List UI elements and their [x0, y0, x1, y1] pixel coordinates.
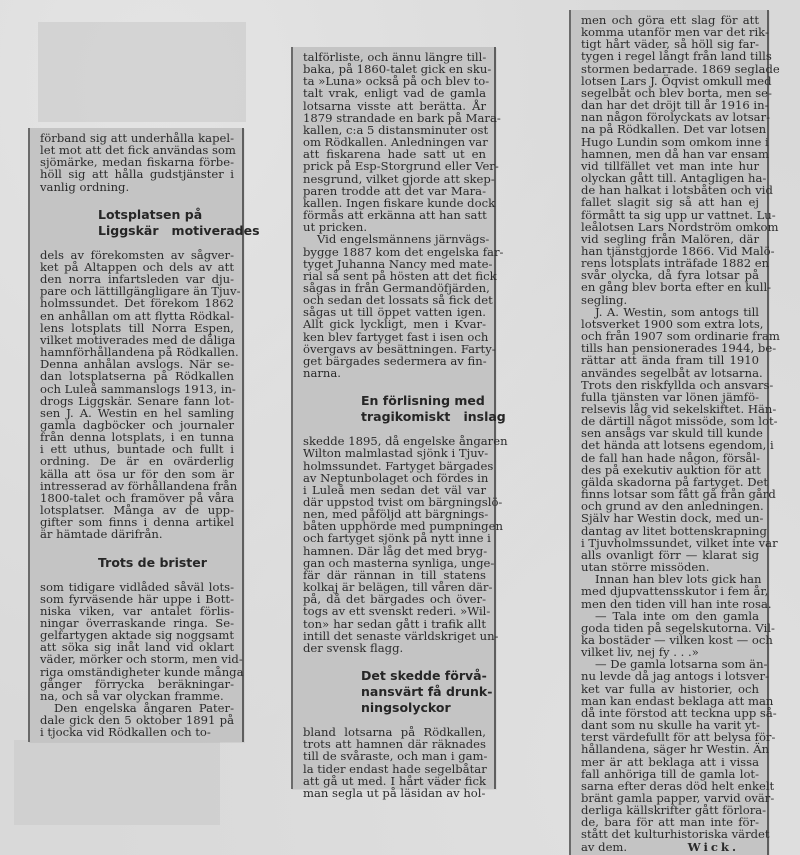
text-line: användes segelbåt av lotsarna.	[581, 367, 759, 379]
article-paragraph: Den engelska ångaren Pater-dale gick den…	[40, 702, 234, 738]
text-line: holmssundet. Fartyget bärgades	[303, 460, 486, 472]
text-line: na på Rödkallen. Det var lotsen	[581, 123, 759, 135]
text-line: ken blev fartyget fast i isen och	[303, 331, 486, 343]
section-heading: Trots de brister	[40, 555, 234, 571]
heading-line: Trots de brister	[98, 555, 234, 571]
article-paragraph: bland lotsarna på Rödkallen,trots att ha…	[303, 726, 486, 799]
text-line: riga omständigheter kunde många	[40, 666, 234, 678]
text-line: der svensk flagg.	[303, 642, 486, 654]
heading-line: ningsolyckor	[361, 700, 486, 716]
text-line: Wilton malmlastad sjönk i Tjuv-	[303, 447, 486, 459]
article-paragraph: — De gamla lotsarna som än-nu levde då j…	[581, 658, 759, 853]
heading-line: En förlisning med	[361, 393, 486, 409]
text-line: de fall han hade någon, försål-	[581, 452, 759, 464]
clipping-column-3: men och göra ett slag för attkomma utanf…	[569, 10, 769, 855]
text-line: är hämtade därifrån.	[40, 528, 234, 540]
article-paragraph: skedde 1895, då engelske ångarenWilton m…	[303, 435, 486, 654]
text-line: vanlig ordning.	[40, 181, 234, 193]
text-line: Själv har Westin dock, med un-	[581, 512, 759, 524]
heading-line: Lotsplatsen på	[98, 207, 234, 223]
article-paragraph: talförliste, och ännu längre till-baka, …	[303, 51, 486, 233]
text-line: Hugo Lundin som omkom inne i	[581, 136, 759, 148]
text-line: talt vrak, enligt vad de gamla	[303, 87, 486, 99]
text-line: en gång blev borta efter en kull-	[581, 281, 759, 293]
text-line: la tider endast hade segelbåtar	[303, 763, 486, 775]
article-paragraph: Innan han blev lots gick hanmed djupvatt…	[581, 573, 759, 609]
text-line: stått det kulturhistoriska värdet	[581, 828, 759, 840]
text-line: väder, mörker och storm, men vid-	[40, 653, 234, 665]
text-line: tyget Juhanna Nancy med mate-	[303, 258, 486, 270]
text-line: prick på Esp-Storgrund eller Ver-	[303, 160, 486, 172]
text-line: togs av ett svenskt rederi. »Wil-	[303, 605, 486, 617]
backing-shadow-top-left	[38, 22, 246, 122]
text-line: narna.	[303, 367, 486, 379]
text-line: tygen i regel långt från land tills	[581, 50, 759, 62]
text-line: hållandena, säger hr Westin. Än	[581, 743, 759, 755]
text-line: rättar att ända fram till 1910	[581, 354, 759, 366]
text-line: — Tala inte om den gamla	[581, 610, 759, 622]
text-line: leålotsen Lars Nordström omkom	[581, 221, 759, 233]
heading-line: nansvärt få drunk-	[361, 684, 486, 700]
text-line: men den tiden vill han inte rosa.	[581, 598, 759, 610]
text-line: ton» har sedan gått i trafik allt	[303, 618, 486, 630]
section-heading: En förlisning medtragikomiskt inslag	[303, 393, 486, 425]
text-line: holmssundet. Det förekom 1862	[40, 297, 234, 309]
text-line: förmått ta sig upp ur vattnet. Lu-	[581, 209, 759, 221]
text-line: dantag av litet bottenskrapning	[581, 525, 759, 537]
text-line: som tidigare vidlåded såväl lots-	[40, 581, 234, 593]
text-line: hamnen. Där låg det med bryg-	[303, 545, 486, 557]
heading-line: tragikomiskt inslag	[361, 409, 486, 425]
text-line: lotsarna visste att berätta. År	[303, 100, 486, 112]
text-line: Allt gick lyckligt, men i Kvar-	[303, 318, 486, 330]
text-line: det hända att lotsens egendom, i	[581, 439, 759, 451]
article-paragraph: förband sig att underhålla kapel-let mot…	[40, 132, 234, 193]
text-line: segling.	[581, 294, 759, 306]
clipping-column-2: talförliste, och ännu längre till-baka, …	[291, 47, 496, 789]
text-line: stormen bedarrade. 1869 seglade	[581, 63, 759, 75]
text-line: källa att ösa ur för den som är	[40, 468, 234, 480]
text-line: dan lotsplatserna på Rödkallen	[40, 370, 234, 382]
text-line: i tjocka vid Rödkallen och to-	[40, 726, 234, 738]
article-paragraph: men och göra ett slag för attkomma utanf…	[581, 14, 759, 306]
section-heading: Det skedde förvå-nansvärt få drunk-nings…	[303, 668, 486, 716]
backing-shadow-bottom-left	[14, 740, 220, 825]
text-line: med djupvattensskutor i fem år,	[581, 585, 759, 597]
article-paragraph: — Tala inte om den gamlagoda tiden på se…	[581, 610, 759, 659]
text-line: mer är att beklaga att i vissa	[581, 756, 759, 768]
text-line: till de svåraste, och man i gam-	[303, 750, 486, 762]
text-line: Vid engelsmännens järnvägs-	[303, 233, 486, 245]
heading-line: Det skedde förvå-	[361, 668, 486, 684]
text-line: fallet slagit sig så att han ej	[581, 196, 759, 208]
text-line: höll sig att hålla gudstjänster i	[40, 168, 234, 180]
article-paragraph: dels av förekomsten av sågver-ket på Alt…	[40, 249, 234, 541]
text-line: och fartyget sjönk på nytt inne i	[303, 532, 486, 544]
section-heading: Lotsplatsen påLiggskär motiverades	[40, 207, 234, 239]
text-line: en anhållan om att flytta Rödkal-	[40, 310, 234, 322]
text-line: ordning. De är en ovärderlig	[40, 455, 234, 467]
text-line: att gå ut med. I hårt väder fick	[303, 775, 486, 787]
clipping-column-1: förband sig att underhålla kapel-let mot…	[28, 128, 244, 742]
heading-line: Liggskär motiverades	[98, 223, 234, 239]
text-line: och Luleå sammanslogs 1913, in-	[40, 383, 234, 395]
text-line: nesgrund, vilket gjorde att skep-	[303, 173, 486, 185]
text-line: man segla ut på läsidan av hol-	[303, 787, 486, 799]
text-line: ket var fulla av historier, och	[581, 683, 759, 695]
text-line: nu levde då jag antogs i lotsver-	[581, 670, 759, 682]
text-line: drogs Liggskär. Senare fann lot-	[40, 395, 234, 407]
article-paragraph: som tidigare vidlåded såväl lots-som fyr…	[40, 581, 234, 703]
article-paragraph: Vid engelsmännens järnvägs-bygge 1887 ko…	[303, 233, 486, 379]
text-line: bygge 1887 kom det engelska far-	[303, 246, 486, 258]
article-paragraph: J. A. Westin, som antogs tilllotsverket …	[581, 306, 759, 573]
